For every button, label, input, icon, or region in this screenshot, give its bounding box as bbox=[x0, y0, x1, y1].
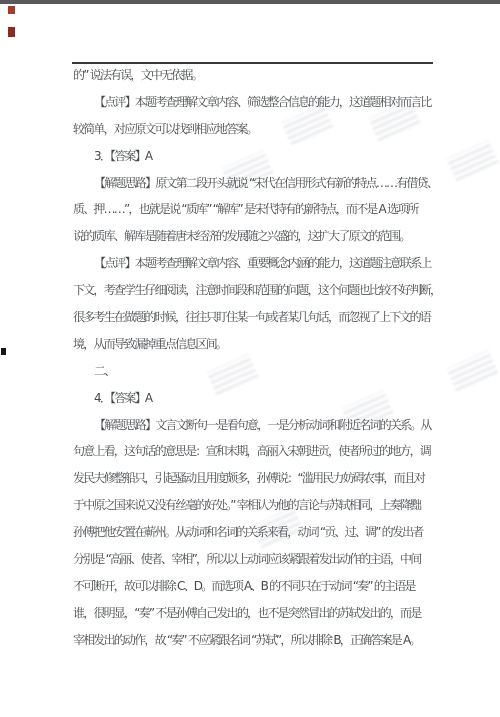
text-line: 的” 说法有误，文中无依据。 bbox=[73, 62, 497, 89]
text-line: 3．【答案】A bbox=[73, 143, 497, 170]
red-annotation-mark bbox=[8, 27, 15, 37]
text-line: 【点评】本题考查理解文章内容、筛选整合信息的能力，这道题相对而言比 bbox=[73, 89, 497, 116]
text-line: 【解题思路】文言文断句一是看句意，一是分析动词和附近名词的关系。从 bbox=[73, 412, 497, 439]
text-line: 谁，很明显，“奏” 不是孙傅自己发出的，也不是突然冒出的苏轼发出的，而是 bbox=[73, 600, 497, 627]
text-line: 句意上看，这句话的意思是：宣和末期，高丽入宋朝进贡，使者所过的地方，调 bbox=[73, 438, 497, 465]
red-annotation-mark bbox=[8, 6, 15, 14]
margin-bullet-dot bbox=[1, 348, 6, 355]
text-line: 质、押……”，也就是说 “质库” “解库” 是宋代特有的新特点，而不是 A 选项… bbox=[73, 196, 497, 223]
text-line: 【点评】本题考查理解文章内容、重要概念内涵的能力，这道题注意联系上 bbox=[73, 250, 497, 277]
document-body: 的” 说法有误，文中无依据。 【点评】本题考查理解文章内容、筛选整合信息的能力，… bbox=[73, 62, 497, 654]
text-line: 不可断开，故可以排除 C、D。而选项 A、B 的不同只在于动词 “奏” 的主语是 bbox=[73, 573, 497, 600]
text-line: 宰相发出的动作，故 “奏” 不应紧跟名词 “苏轼”，所以排除 B，正确答案是 A… bbox=[73, 627, 497, 654]
text-line: 孙傅把他安置在蕲州。从动词和名词的关系来看，动词 “贡、过、调” 的发出者 bbox=[73, 519, 497, 546]
text-line: 很多考生在做题的时候，往往只盯住某一句或者某几句话，而忽视了上下文的语 bbox=[73, 304, 497, 331]
text-line: 发民夫修整船只，引起骚动且用度颇多，孙傅说：“滥用民力妨碍农事，而且对 bbox=[73, 465, 497, 492]
text-line: 境，从而导致漏掉重点信息区间。 bbox=[73, 331, 497, 358]
page-top-border bbox=[0, 0, 500, 4]
text-line: 二、 bbox=[73, 358, 497, 385]
text-line: 【解题思路】原文第二段开头就说 “宋代在信用形式有新的特点……有借贷、 bbox=[73, 170, 497, 197]
text-line: 较简单，对应原文可以找到相应地答案。 bbox=[73, 116, 497, 143]
text-line: 于中原之国来说又没有丝毫的好处。” 宰相认为他的言论与苏轼相同，上奏降黜 bbox=[73, 492, 497, 519]
text-line: 下文，考查学生仔细阅读，注意时间段和范围的问题，这个问题也比较不好判断， bbox=[73, 277, 497, 304]
text-line: 4．【答案】A bbox=[73, 385, 497, 412]
text-line: 说的质库、解库是随着唐末经济的发展随之兴盛的，这扩大了原文的范围。 bbox=[73, 223, 497, 250]
text-line: 分别是 “高丽、使者、宰相”，所以以上动词应该紧跟着发出动作的主语，中间 bbox=[73, 546, 497, 573]
